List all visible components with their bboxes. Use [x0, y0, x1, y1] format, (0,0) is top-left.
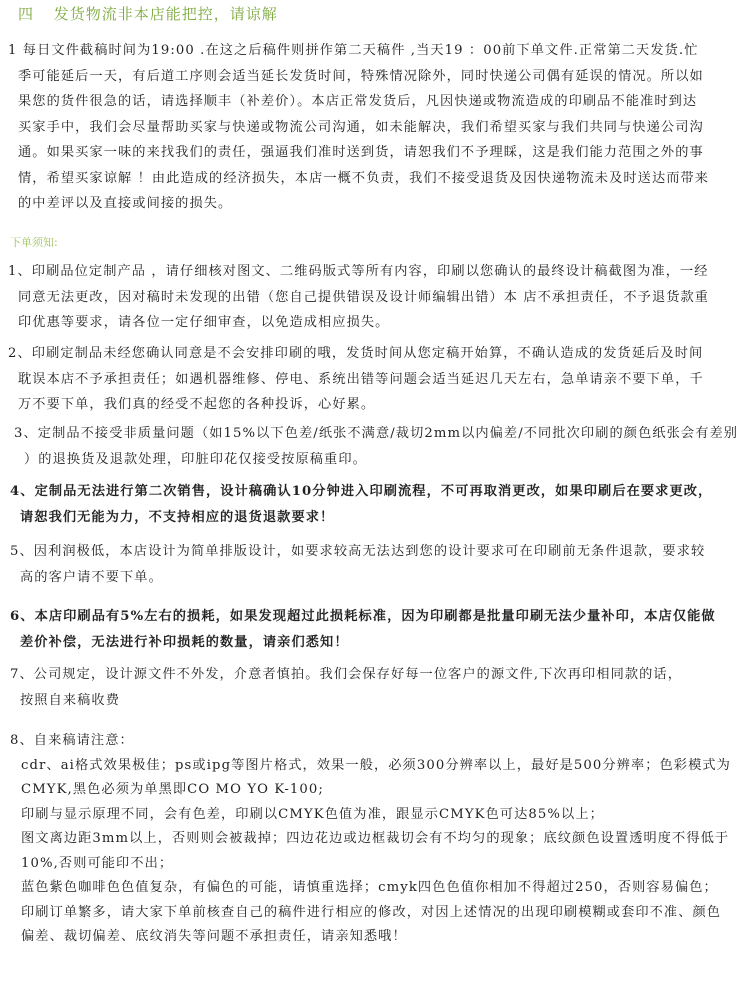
text-line: 印刷订单繁多，请大家下单前核查自己的稿件进行相应的修改，对因上述情况的出现印刷模… [10, 901, 750, 926]
text-line: 1 每日文件截稿时间为19:00 .在这之后稿件则拼作第二天稿件 ,当天19 ：… [8, 38, 748, 64]
notice-item-1: 1、印刷品位定制产品 ，请仔细核对图文、二维码版式等所有内容，印刷以您确认的最终… [8, 259, 748, 336]
text-line: 印刷与显示原理不同，会有色差，印刷以CMYK色值为准，跟显示CMYK色可达85%… [10, 803, 750, 828]
text-line: 季可能延后一天，有后道工序则会适当延长发货时间，特殊情况除外，同时快递公司偶有延… [8, 64, 748, 90]
text-line: 果您的货件很急的话，请选择顺丰（补差价）。本店正常发货后，凡因快递或物流造成的印… [8, 89, 748, 115]
text-line: CMYK,黑色必须为单黑即CO MO YO K-100; [10, 778, 750, 803]
order-notice-heading: 下单须知: [10, 234, 58, 250]
text-line: 按照自来稿收费 [10, 688, 750, 714]
text-line: 4、定制品无法进行第二次销售，设计稿确认10分钟进入印刷流程，不可再取消更改，如… [10, 479, 750, 505]
text-line: cdr、ai格式效果极佳；ps或ipg等图片格式，效果一般，必须300分辨率以上… [10, 754, 750, 779]
text-line: 印优惠等要求，请各位一定仔细审查，以免造成相应损失。 [8, 310, 748, 336]
text-line: 1、印刷品位定制产品 ，请仔细核对图文、二维码版式等所有内容，印刷以您确认的最终… [8, 259, 748, 285]
section-title: 四 发货物流非本店能把控，请谅解 [18, 3, 278, 24]
text-line: 5、因利润极低，本店设计为简单排版设计，如要求较高无法达到您的设计要求可在印刷前… [10, 539, 750, 565]
text-line: 差价补偿，无法进行补印损耗的数量，请亲们悉知！ [10, 630, 750, 656]
shipping-note-paragraph: 1 每日文件截稿时间为19:00 .在这之后稿件则拼作第二天稿件 ,当天19 ：… [8, 38, 748, 217]
text-line: 的中差评以及直接或间接的损失。 [8, 191, 748, 217]
notice-item-6: 6、本店印刷品有5%左右的损耗，如果发现超过此损耗标准，因为印刷都是批量印刷无法… [10, 604, 750, 655]
section-number: 四 [18, 5, 34, 23]
notice-item-3: 3、定制品不接受非质量问题（如15%以下色差/纸张不满意/裁切2mm以内偏差/不… [14, 421, 750, 472]
text-line: 买家手中，我们会尽量帮助买家与快递或物流公司沟通，如未能解决，我们希望买家与我们… [8, 115, 748, 141]
text-line: 6、本店印刷品有5%左右的损耗，如果发现超过此损耗标准，因为印刷都是批量印刷无法… [10, 604, 750, 630]
text-line: ）的退换货及退款处理，印脏印花仅接受按原稿重印。 [14, 447, 750, 473]
text-line: 蓝色紫色咖啡色色值复杂，有偏色的可能，请慎重选择；cmyk四色色值你相加不得超过… [10, 876, 750, 901]
text-line: 图文离边距3mm以上，否则则会被裁掉；四边花边或边框裁切会有不均匀的现象；底纹颜… [10, 827, 750, 852]
text-line: 同意无法更改，因对稿时未发现的出错（您自己提供错误及设计师编辑出错）本 店不承担… [8, 285, 748, 311]
notice-item-4: 4、定制品无法进行第二次销售，设计稿确认10分钟进入印刷流程，不可再取消更改，如… [10, 479, 750, 530]
text-line: 通。如果买家一味的来找我们的责任，强逼我们准时送到货，请恕我们不予理睬，这是我们… [8, 140, 748, 166]
text-line: 3、定制品不接受非质量问题（如15%以下色差/纸张不满意/裁切2mm以内偏差/不… [14, 421, 750, 447]
notice-item-2: 2、印刷定制品未经您确认同意是不会安排印刷的哦，发货时间从您定稿开始算，不确认造… [8, 341, 748, 418]
text-line: 偏差、裁切偏差、底纹消失等问题不承担责任，请亲知悉哦！ [10, 925, 750, 950]
text-line: 8、自来稿请注意： [10, 729, 750, 754]
text-line: 10%,否则可能印不出； [10, 852, 750, 877]
text-line: 情，希望买家谅解 ！由此造成的经济损失，本店一概不负责，我们不接受退货及因快递物… [8, 166, 748, 192]
text-line: 耽误本店不予承担责任；如遇机器维修、停电、系统出错等问题会适当延迟几天左右，急单… [8, 367, 748, 393]
notice-item-5: 5、因利润极低，本店设计为简单排版设计，如要求较高无法达到您的设计要求可在印刷前… [10, 539, 750, 590]
text-line: 7、公司规定，设计源文件不外发，介意者慎拍。我们会保存好每一位客户的源文件,下次… [10, 662, 750, 688]
text-line: 高的客户请不要下单。 [10, 565, 750, 591]
section-title-text: 发货物流非本店能把控，请谅解 [54, 5, 278, 23]
text-line: 2、印刷定制品未经您确认同意是不会安排印刷的哦，发货时间从您定稿开始算，不确认造… [8, 341, 748, 367]
notice-item-8: 8、自来稿请注意： cdr、ai格式效果极佳；ps或ipg等图片格式，效果一般，… [10, 729, 750, 950]
text-line: 万不要下单，我们真的经受不起您的各种投诉，心好累。 [8, 392, 748, 418]
text-line: 请恕我们无能为力，不支持相应的退货退款要求！ [10, 505, 750, 531]
notice-item-7: 7、公司规定，设计源文件不外发，介意者慎拍。我们会保存好每一位客户的源文件,下次… [10, 662, 750, 713]
